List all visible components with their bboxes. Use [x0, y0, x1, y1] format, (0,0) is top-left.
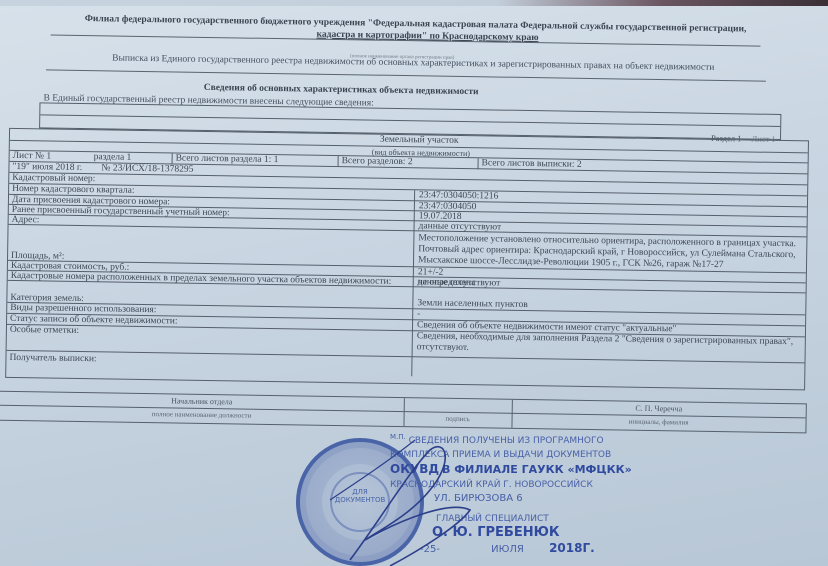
- field-value: Сведения, необходимые для заполнения Раз…: [417, 331, 797, 359]
- handwritten-signature: [320, 430, 520, 566]
- section-title: Сведения об основных характеристиках объ…: [204, 83, 479, 97]
- field-value: Земли населенных пунктов: [417, 298, 528, 311]
- signature-caption: подпись: [404, 414, 512, 424]
- object-type: Земельный участок: [380, 135, 459, 147]
- field-label: Особые отметки:: [10, 325, 79, 337]
- section-of: раздела 1: [94, 152, 132, 164]
- field-value: Местоположение установлено относительно …: [418, 233, 798, 272]
- cell-divider: [172, 153, 173, 164]
- object-info-table: Земельный участок (вид объекта недвижимо…: [5, 128, 809, 391]
- sheet-no: Лист № 1: [13, 151, 52, 163]
- position-title: Начальник отдела: [0, 394, 404, 409]
- stamp-date-year: 2018Г.: [549, 541, 595, 555]
- blank-row: [40, 103, 780, 127]
- organization-header: Филиал федерального государственного бюд…: [85, 13, 775, 48]
- field-value: -: [417, 309, 420, 320]
- signature-table: Начальник отдела полное наименование дол…: [0, 391, 807, 434]
- cell-divider: [338, 156, 339, 167]
- cell-divider: [477, 158, 478, 169]
- field-value: данные отсутствуют: [418, 277, 501, 289]
- field-label: Получатель выписки:: [9, 353, 96, 365]
